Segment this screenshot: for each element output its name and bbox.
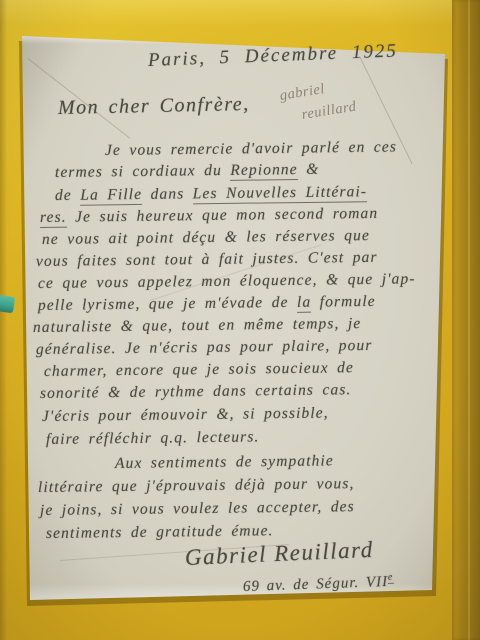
body-line-17: je joins, si vous voulez les accepter, d…: [40, 498, 355, 520]
body-text: formule: [311, 293, 376, 311]
body-text: termes si cordiaux du: [55, 162, 231, 181]
underlined-title-nouvelles-litteraires: Les Nouvelles Littérai-: [193, 183, 368, 204]
teal-paint-mark: [0, 295, 15, 313]
address-superscript: e: [388, 572, 394, 584]
body-line-15: Aux sentiments de sympathie: [115, 452, 334, 473]
body-line-12: sonorité & de rythme dans certains cas.: [40, 381, 352, 403]
body-line-18: sentiments de gratitude émue.: [46, 522, 274, 543]
body-text: dans: [142, 185, 193, 203]
body-text: &: [298, 161, 320, 178]
body-line-3: de La Fille dans Les Nouvelles Littérai-: [55, 183, 367, 205]
body-line-1: Je vous remercie d'avoir parlé en ces: [105, 138, 397, 160]
underlined-word-la: la: [297, 294, 311, 313]
salutation-line: Mon cher Confrère,: [58, 93, 250, 120]
underlined-title-la-fille: La Fille: [80, 186, 142, 206]
folder-edge-band: [452, 0, 480, 640]
body-text: pelle lyrisme, que je m'évade de: [38, 294, 297, 314]
body-text: de: [55, 187, 81, 204]
underlined-title-repionne: Repionne: [230, 161, 298, 181]
body-line-14: faire réfléchir q.q. lecteurs.: [46, 428, 260, 449]
body-line-13: J'écris pour émouvoir &, si possible,: [42, 404, 329, 426]
body-line-2: termes si cordiaux du Repionne &: [55, 161, 320, 182]
body-line-11: charmer, encore que je sois soucieux de: [44, 359, 354, 381]
photograph: Paris, 5 Décembre 1925 Mon cher Confrère…: [0, 0, 480, 640]
body-text: Je suis heureux que mon second roman: [67, 205, 379, 226]
photo-left-shade: [0, 0, 7, 640]
underlined-title-continuation: res.: [40, 209, 67, 228]
